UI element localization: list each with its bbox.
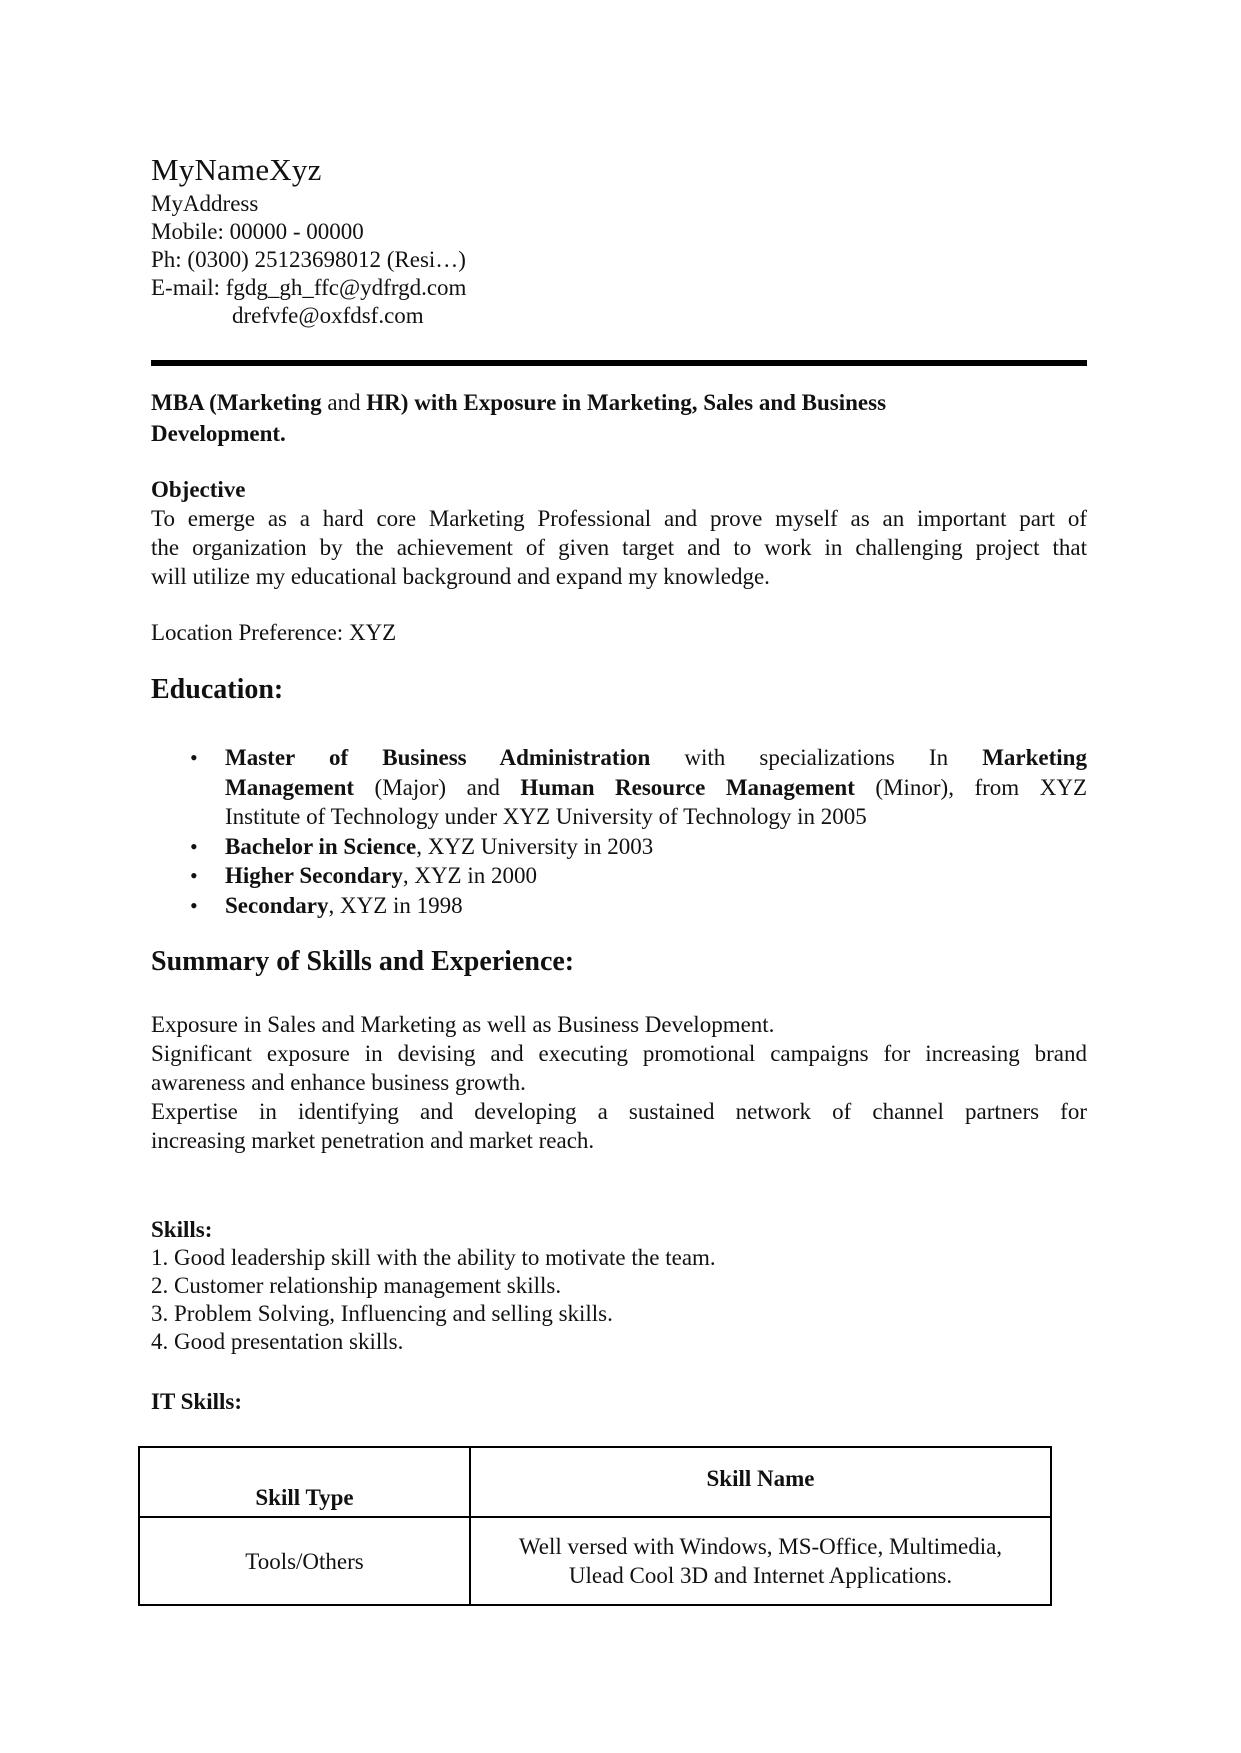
- skill-type-cell: Tools/Others: [139, 1517, 470, 1605]
- candidate-name: MyNameXyz: [151, 152, 322, 188]
- headline-part: Development.: [151, 421, 286, 446]
- skill-name-line: Ulead Cool 3D and Internet Applications.: [471, 1561, 1050, 1590]
- summary-text: Exposure in Sales and Marketing as well …: [151, 1010, 1087, 1155]
- headline-part: MBA (: [151, 390, 217, 415]
- email-primary: E-mail: fgdg_gh_ffc@ydfrgd.com: [151, 274, 466, 302]
- table-header-row: Skill Type Skill Name: [139, 1447, 1051, 1517]
- degree-detail: , XYZ in 1998: [329, 893, 463, 918]
- profile-headline: MBA (Marketing and HR) with Exposure in …: [151, 387, 971, 449]
- header-divider: [151, 360, 1087, 366]
- skill-item: 4. Good presentation skills.: [151, 1328, 403, 1356]
- degree-name: Secondary: [225, 893, 329, 918]
- objective-line: the organization by the achievement of g…: [151, 533, 1087, 562]
- degree-name: Higher Secondary: [225, 863, 403, 888]
- degree-detail: , XYZ University in 2003: [416, 834, 653, 859]
- objective-text: To emerge as a hard core Marketing Profe…: [151, 504, 1087, 591]
- objective-line: will utilize my educational background a…: [151, 562, 1087, 591]
- objective-line: To emerge as a hard core Marketing Profe…: [151, 504, 1087, 533]
- resume-page: MyNameXyz MyAddress Mobile: 00000 - 0000…: [0, 0, 1241, 1753]
- education-list: • Master of Business Administration with…: [151, 743, 1087, 920]
- it-skills-table: Skill Type Skill Name Tools/Others Well …: [138, 1446, 1052, 1606]
- bullet-icon: •: [190, 891, 198, 921]
- bullet-icon: •: [190, 832, 198, 862]
- skills-heading: Skills:: [151, 1216, 212, 1244]
- skill-item: 2. Customer relationship management skil…: [151, 1272, 561, 1300]
- bullet-icon: •: [190, 861, 198, 891]
- objective-heading: Objective: [151, 476, 246, 504]
- education-heading: Education:: [151, 673, 283, 707]
- email-secondary: drefvfe@oxfdsf.com: [232, 302, 424, 330]
- summary-line: Significant exposure in devising and exe…: [151, 1039, 1087, 1068]
- summary-line: awareness and enhance business growth.: [151, 1068, 1087, 1097]
- location-preference: Location Preference: XYZ: [151, 619, 396, 647]
- degree-detail: , XYZ in 2000: [403, 863, 537, 888]
- headline-part: and: [322, 390, 367, 415]
- summary-heading: Summary of Skills and Experience:: [151, 945, 574, 979]
- column-header-skill-name: Skill Name: [470, 1447, 1051, 1517]
- headline-part: Marketing: [217, 390, 322, 415]
- education-line: Institute of Technology under XYZ Univer…: [225, 802, 1087, 832]
- education-item: • Secondary, XYZ in 1998: [151, 891, 1087, 921]
- education-line: Management (Major) and Human Resource Ma…: [225, 773, 1087, 803]
- headline-part: HR) with Exposure in Marketing, Sales an…: [366, 390, 886, 415]
- table-row: Tools/Others Well versed with Windows, M…: [139, 1517, 1051, 1605]
- skill-name-cell: Well versed with Windows, MS-Office, Mul…: [470, 1517, 1051, 1605]
- education-line: Master of Business Administration with s…: [225, 743, 1087, 773]
- mobile-number: Mobile: 00000 - 00000: [151, 218, 364, 246]
- summary-line: increasing market penetration and market…: [151, 1126, 1087, 1155]
- it-skills-heading: IT Skills:: [151, 1388, 242, 1416]
- summary-line: Expertise in identifying and developing …: [151, 1097, 1087, 1126]
- address: MyAddress: [151, 190, 258, 218]
- bullet-icon: •: [190, 743, 198, 773]
- phone-number: Ph: (0300) 25123698012 (Resi…): [151, 246, 466, 274]
- education-item: • Higher Secondary, XYZ in 2000: [151, 861, 1087, 891]
- skill-item: 1. Good leadership skill with the abilit…: [151, 1244, 716, 1272]
- column-header-skill-type: Skill Type: [139, 1447, 470, 1517]
- education-item: • Bachelor in Science, XYZ University in…: [151, 832, 1087, 862]
- skill-name-line: Well versed with Windows, MS-Office, Mul…: [471, 1532, 1050, 1561]
- degree-name: Bachelor in Science: [225, 834, 416, 859]
- summary-line: Exposure in Sales and Marketing as well …: [151, 1010, 1087, 1039]
- education-item: • Master of Business Administration with…: [151, 743, 1087, 832]
- skill-item: 3. Problem Solving, Influencing and sell…: [151, 1300, 613, 1328]
